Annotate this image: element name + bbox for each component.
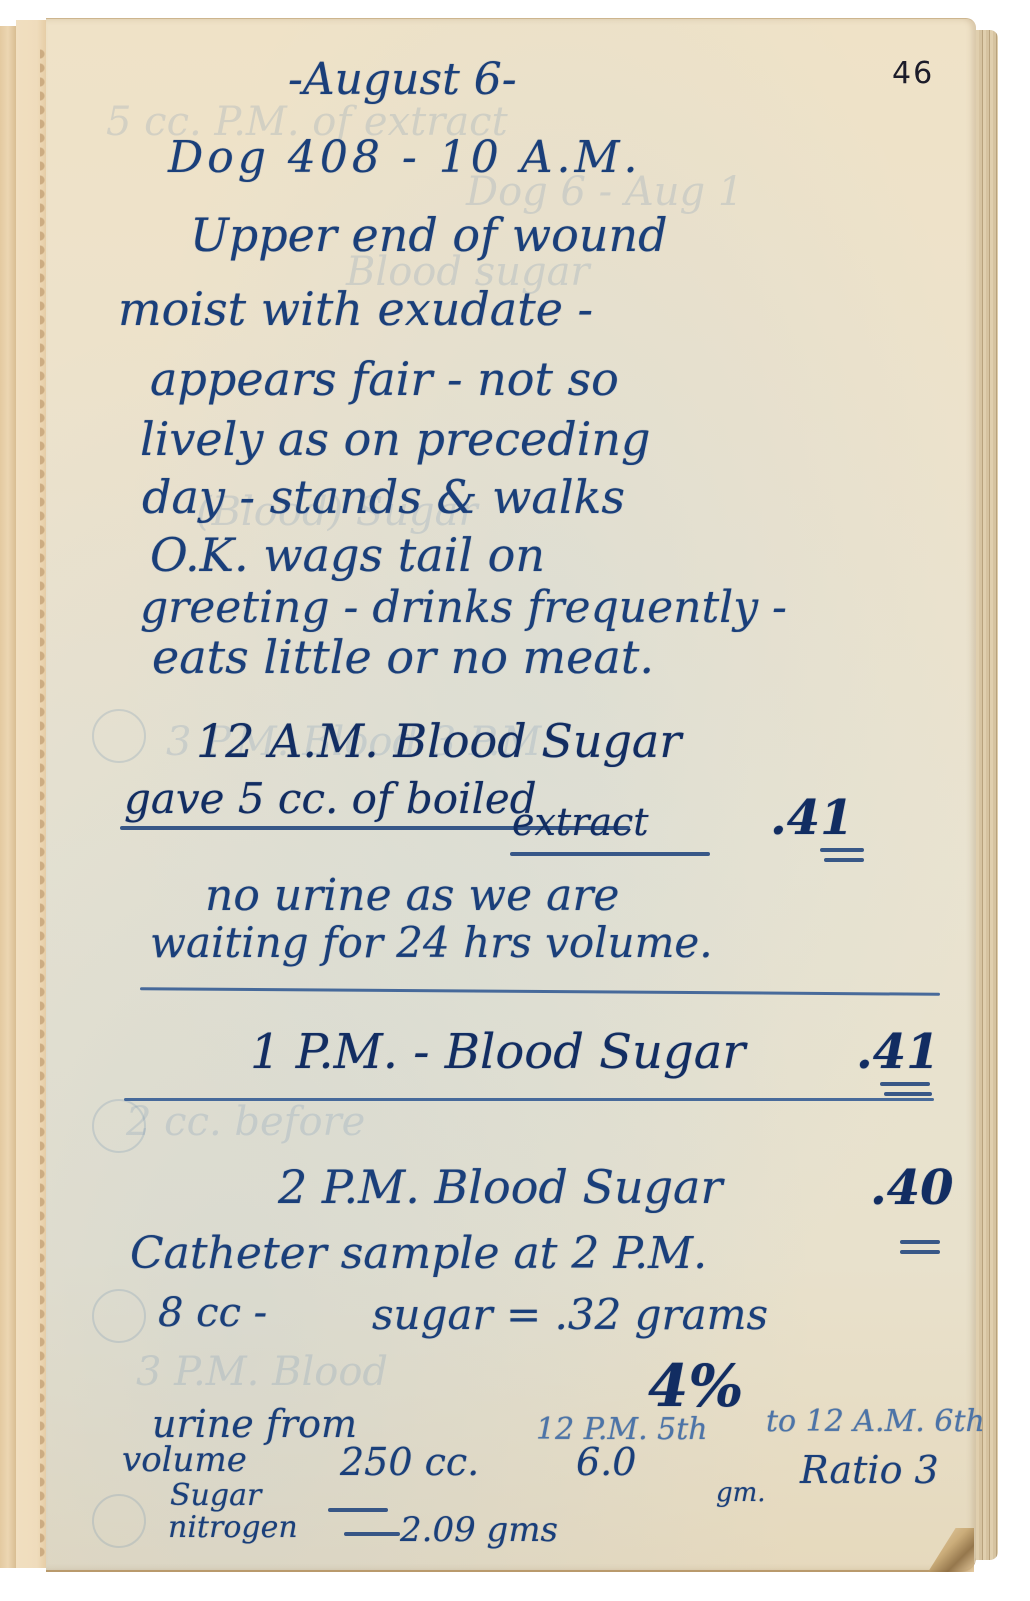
note-line: greeting - drinks frequently - (140, 582, 787, 633)
bleed-through-text: 2 cc. before (126, 1099, 365, 1145)
sample-volume: 8 cc - (158, 1290, 267, 1336)
section-divider (124, 1098, 934, 1101)
volume-label: volume (122, 1440, 247, 1480)
note-line: Upper end of wound (190, 208, 668, 262)
bleed-through-circle (92, 1494, 146, 1548)
note-line: eats little or no meat. (152, 630, 654, 684)
sugar-value: 6.0 (576, 1440, 636, 1484)
bleed-through-circle (92, 1289, 146, 1343)
note-line: O.K. wags tail on (150, 528, 545, 582)
value-underline (824, 858, 864, 862)
urine-to-time: to 12 A.M. 6th (766, 1404, 985, 1439)
sugar-percent: 4% (648, 1352, 743, 1420)
value-underline (884, 1092, 932, 1096)
dash-rule (344, 1532, 400, 1536)
extract-word: extract (512, 800, 649, 844)
page-number: 46 (892, 56, 934, 91)
sample-sugar-line: sugar = .32 grams (372, 1290, 768, 1339)
one-pm-blood-sugar-value: .41 (856, 1024, 940, 1080)
sugar-unit: gm. (716, 1478, 766, 1508)
two-pm-blood-sugar-label: 2 P.M. Blood Sugar (278, 1160, 722, 1214)
note-line: appears fair - not so (150, 352, 619, 406)
note-line: no urine as we are (205, 870, 619, 921)
bleed-through-circle (92, 709, 146, 763)
underline-rule (510, 852, 710, 856)
ratio-label: Ratio 3 (800, 1448, 939, 1492)
one-pm-blood-sugar-label: 1 P.M. - Blood Sugar (250, 1024, 745, 1080)
noon-blood-sugar-value: .41 (770, 790, 854, 846)
note-line: lively as on preceding (140, 412, 650, 466)
note-line: waiting for 24 hrs volume. (150, 918, 713, 967)
value-underline (820, 848, 864, 852)
sugar-label: Sugar (170, 1478, 261, 1513)
extract-dose-line: gave 5 cc. of boiled (124, 774, 537, 823)
nitrogen-label: nitrogen (168, 1510, 298, 1545)
two-pm-blood-sugar-value: .40 (870, 1160, 954, 1216)
dog-time-header: Dog 408 - 10 A.M. (168, 132, 642, 183)
bleed-through-circle (92, 1099, 146, 1153)
note-line: day - stands & walks (142, 470, 625, 524)
dash-rule (328, 1508, 388, 1512)
noon-blood-sugar-label: 12 A.M. Blood Sugar (196, 714, 681, 768)
date-heading: -August 6- (288, 54, 517, 105)
bleed-through-text: 3 P.M. Blood (136, 1349, 388, 1395)
catheter-sample-line: Catheter sample at 2 P.M. (130, 1228, 707, 1279)
value-underline (900, 1250, 940, 1254)
volume-value: 250 cc. (340, 1440, 479, 1484)
nitrogen-value: 2.09 gms (400, 1510, 558, 1550)
note-line: moist with exudate - (118, 282, 593, 336)
value-underline (900, 1240, 940, 1244)
book-spine (0, 26, 17, 1568)
value-underline (880, 1082, 930, 1086)
